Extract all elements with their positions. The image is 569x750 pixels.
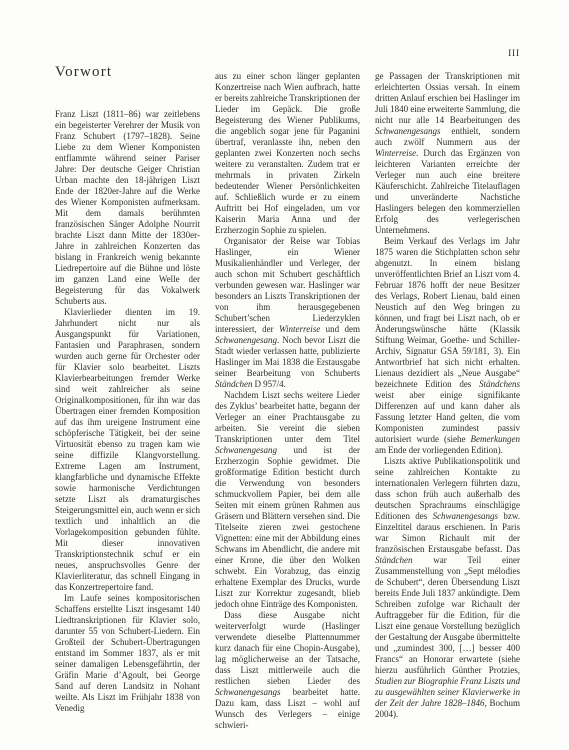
italic-text: Schwanengesang	[215, 335, 277, 345]
body-text: war Teil einer Zusammenstellung von „Sep…	[375, 555, 520, 675]
italic-text: Schwanengesangs	[215, 687, 281, 697]
paragraph: aus zu einer schon länger geplanten Konz…	[215, 71, 360, 236]
body-text: Beim Verkauf des Verlags im Jahr 1875 wa…	[375, 236, 520, 389]
paragraph: Franz Liszt (1811–86) war zeitlebens ein…	[55, 109, 200, 307]
paragraph: Nachdem Liszt sechs weitere Lieder des Z…	[215, 390, 360, 610]
body-text: . Durch das Ergänzen von leichteren Vari…	[375, 148, 520, 235]
italic-text: Bemerkungen	[471, 434, 520, 444]
text-columns: Vorwort Franz Liszt (1811–86) war zeitle…	[55, 64, 520, 731]
body-text: Nachdem Liszt sechs weitere Lieder des Z…	[215, 390, 360, 444]
paragraph: Organisator der Reise war Tobias Hasling…	[215, 236, 360, 390]
column-3: ge Passagen der Transkriptionen mit erle…	[375, 64, 520, 731]
italic-text: Schwanengesangs	[433, 511, 499, 521]
italic-text: Ständchens	[479, 379, 520, 389]
italic-text: Schwanengesang	[215, 445, 277, 455]
paragraph: Klavierlieder dienten im 19. Jahrhundert…	[55, 307, 200, 593]
paragraph: Liszts aktive Publikationspolitik und se…	[375, 456, 520, 720]
italic-text: Ständchen	[375, 555, 413, 565]
page-number: III	[508, 49, 520, 59]
column-1: Vorwort Franz Liszt (1811–86) war zeitle…	[55, 64, 200, 731]
italic-text: Winterreise	[279, 324, 320, 334]
body-text: Dass diese Ausgabe nicht weiterverfolgt …	[215, 610, 360, 686]
body-text: D 957/4.	[253, 379, 286, 389]
column-2: aus zu einer schon länger geplanten Konz…	[215, 64, 360, 731]
body-text: aus zu einer schon länger geplanten Konz…	[215, 71, 360, 235]
paragraph: Beim Verkauf des Verlags im Jahr 1875 wa…	[375, 236, 520, 456]
column-3-body: ge Passagen der Transkriptionen mit erle…	[375, 71, 520, 720]
document-page: III Vorwort Franz Liszt (1811–86) war ze…	[0, 0, 569, 750]
body-text: am Ende der vorliegenden Edition).	[375, 445, 503, 455]
paragraph: Im Laufe seines kompositorischen Schaffe…	[55, 593, 200, 714]
column-2-body: aus zu einer schon länger geplanten Konz…	[215, 71, 360, 731]
body-text: und dem	[320, 324, 360, 334]
italic-text: Ständchen	[215, 379, 253, 389]
paragraph: ge Passagen der Transkriptionen mit erle…	[375, 71, 520, 236]
body-text: Im Laufe seines kompositorischen Schaffe…	[55, 593, 200, 713]
body-text: und ist der Erzherzogin Sophie gewidmet.…	[215, 445, 360, 609]
italic-text: Winterreise	[375, 148, 416, 158]
column-1-body: Franz Liszt (1811–86) war zeitlebens ein…	[55, 109, 200, 714]
body-text: Klavierlieder dienten im 19. Jahrhundert…	[55, 307, 200, 592]
page-title: Vorwort	[55, 64, 200, 81]
body-text: Organisator der Reise war Tobias Hasling…	[215, 236, 360, 334]
italic-text: Schwanengesangs	[375, 126, 441, 136]
body-text: ge Passagen der Transkriptionen mit erle…	[375, 71, 520, 125]
body-text: Franz Liszt (1811–86) war zeitlebens ein…	[55, 109, 200, 306]
paragraph: Dass diese Ausgabe nicht weiterverfolgt …	[215, 610, 360, 731]
